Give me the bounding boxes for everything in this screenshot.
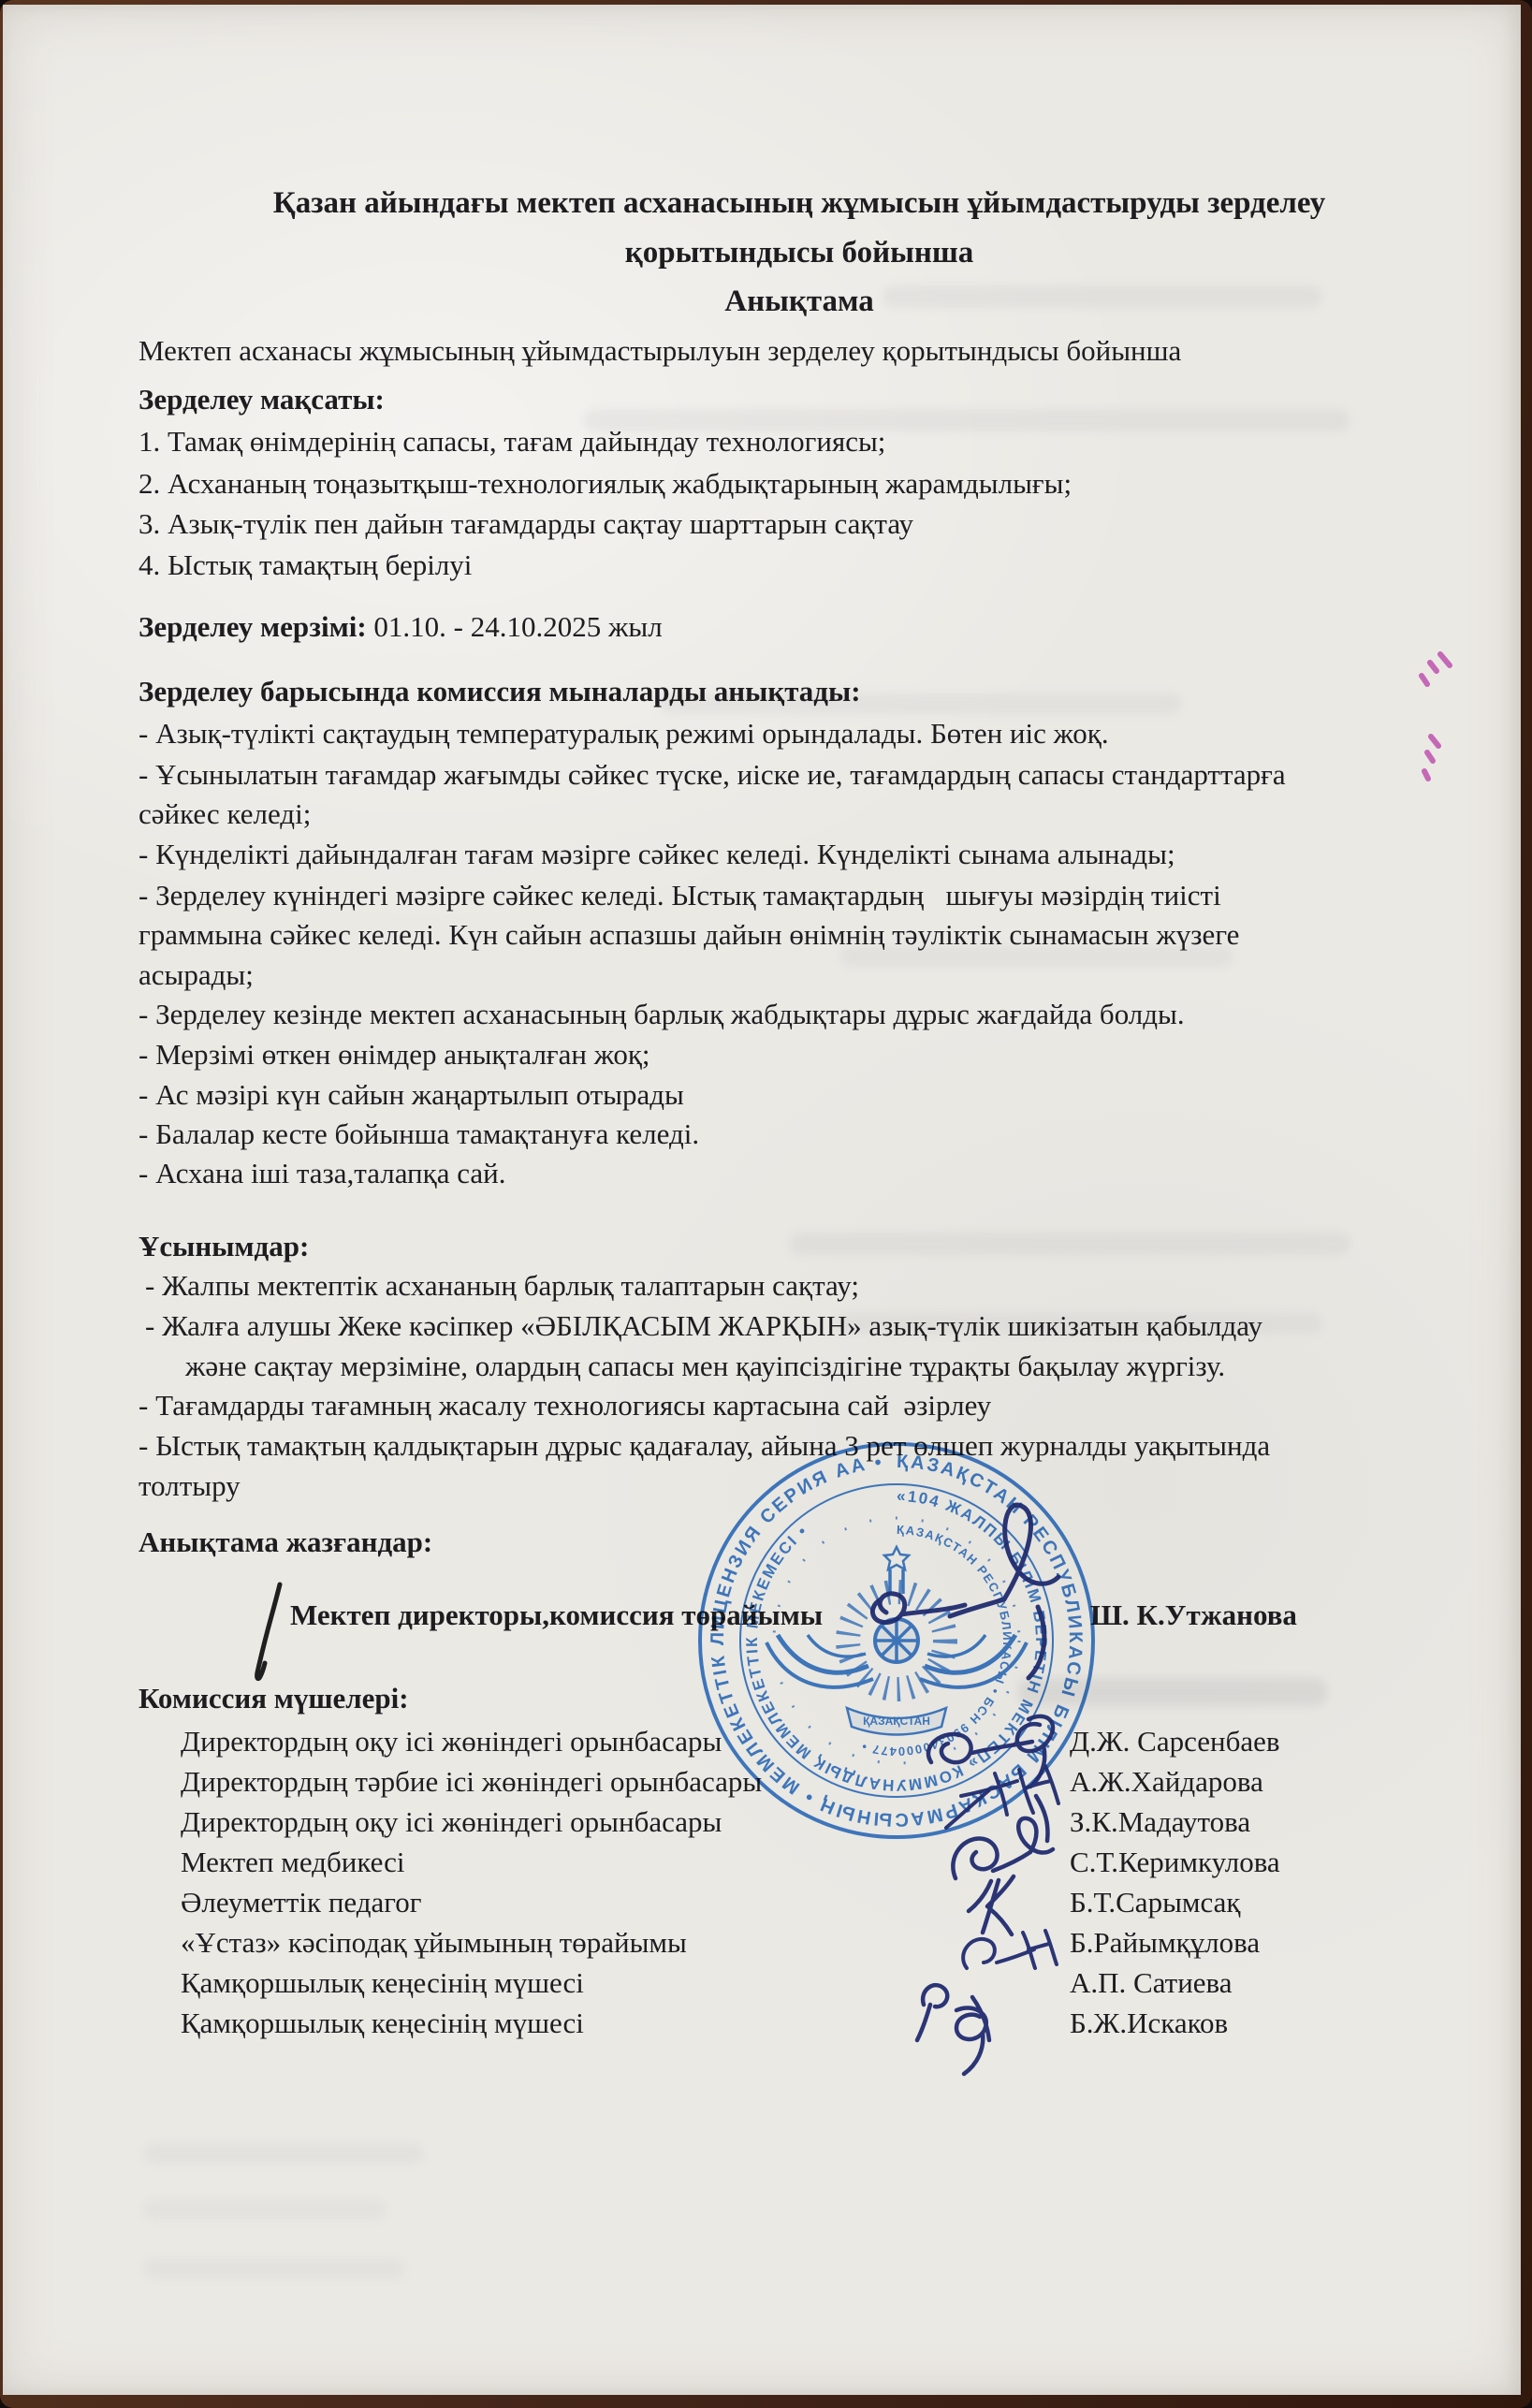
bleedthrough-smudge [143,2199,387,2220]
document-title-line: Анықтама [143,284,1455,319]
body-line: - Азық-түлікті сақтаудың температуралық … [139,716,1109,752]
director-role-label: Мектеп директоры,комиссия төрайымы [290,1598,823,1632]
member-signature-raiymkulova [917,1985,989,2074]
stamp-middle-ring-text: «104 ЖАЛПЫ БІЛІМ БЕРЕТІН МЕКТЕП» КОММУНА… [743,1487,1050,1794]
document-title-line: қорытындысы бойынша [143,235,1455,270]
body-line: сәйкес келеді; [139,796,311,832]
section-heading: Комиссия мүшелері: [139,1681,409,1716]
member-signature-kerimkulova [983,1876,1014,1934]
member-role-label: Директордың тәрбие ісі жөніндегі орынбас… [181,1765,762,1799]
body-line: - Ыстық тамақтың қалдықтарын дұрыс қадағ… [139,1428,1270,1464]
body-line: Зерделеу мерзімі: 01.10. - 24.10.2025 жы… [139,609,663,645]
body-line: толтыру [139,1468,241,1504]
body-line: асырады; [139,957,254,993]
member-signature-sarymsak [963,1931,1057,1968]
member-signature-sarsenbaev [928,1716,1053,1841]
member-name: А.П. Сатиева [1070,1966,1233,2000]
body-line: - Ұсынылатын тағамдар жағымды сәйкес түс… [139,757,1286,793]
svg-text:ҚАЗАҚСТАН РЕСПУБЛИКАСЫ • БСН 9: ҚАЗАҚСТАН РЕСПУБЛИКАСЫ • БСН 99034000047… [859,1523,1014,1759]
body-line: - Тағамдарды тағамның жасалу технологияс… [139,1388,991,1423]
director-name: Ш. К.Утжанова [1090,1598,1297,1632]
member-signature-madautova [953,1818,1053,1911]
body-line: - Күнделікті дайындалған тағам мәзірге с… [139,837,1175,872]
svg-text:«104 ЖАЛПЫ БІЛІМ БЕРЕТІН МЕКТЕ: «104 ЖАЛПЫ БІЛІМ БЕРЕТІН МЕКТЕП» КОММУНА… [743,1487,1050,1794]
body-line: - Балалар кесте бойынша тамақтануға келе… [139,1116,699,1152]
stamp-center-label: ҚАЗАҚСТАН [863,1715,930,1728]
body-line: - Асхана іші таза,талапқа сай. [139,1156,505,1191]
section-heading: Ұсынымдар: [139,1229,309,1264]
member-role-label: Директордың оқу ісі жөніндегі орынбасары [181,1805,722,1839]
document-title-line: Қазан айындағы мектеп асханасының жұмысы… [143,185,1455,221]
body-line: - Мерзімі өткен өнімдер анықталған жоқ; [139,1037,650,1073]
member-name: А.Ж.Хайдарова [1070,1765,1263,1799]
section-heading: Анықтама жазғандар: [139,1525,432,1560]
body-line: Мектеп асханасы жұмысының ұйымдастырылуы… [139,333,1181,369]
body-line: 1. Тамақ өнімдерінің сапасы, тағам дайын… [139,424,885,460]
body-line: - Жалға алушы Жеке кәсіпкер «ӘБІЛҚАСЫМ Ж… [145,1308,1262,1344]
stamp-inner-ring-text: ҚАЗАҚСТАН РЕСПУБЛИКАСЫ • БСН 99034000047… [859,1523,1014,1759]
member-role-label: «Ұстаз» кәсіподақ ұйымының төрайымы [181,1926,687,1960]
signatures [872,1505,1058,2074]
member-name: Б.Ж.Искаков [1070,2007,1228,2040]
body-line: граммына сәйкес келеді. Күн сайын аспазш… [139,917,1239,953]
bleedthrough-smudge [143,2258,405,2279]
member-role-label: Әлеуметтік педагог [181,1886,421,1919]
member-role-label: Мектеп медбикесі [181,1846,405,1879]
member-role-label: Қамқоршылық кеңесінің мүшесі [181,1966,584,2000]
ghost-name-smudge [1018,1678,1327,1706]
member-name: С.Т.Керимкулова [1070,1846,1280,1879]
director-signature [872,1505,1058,1678]
body-line: - Зерделеу күніндегі мәзірге сәйкес келе… [139,878,1221,913]
section-heading: Зерделеу мақсаты: [139,382,385,417]
member-name: З.К.Мадаутова [1070,1805,1250,1839]
member-role-label: Директордың оқу ісі жөніндегі орынбасары [181,1725,722,1759]
body-line: және сақтау мерзіміне, олардың сапасы ме… [185,1349,1225,1384]
kazakhstan-emblem [766,1547,1027,1735]
body-line: - Ас мәзірі күн сайын жаңартылып отырады [139,1077,684,1113]
photo-frame: Қазан айындағы мектеп асханасының жұмысы… [0,0,1532,2408]
document-page: Қазан айындағы мектеп асханасының жұмысы… [3,5,1521,2395]
bleedthrough-smudge [789,1233,1350,1255]
body-line: 2. Асхананың тоңазытқыш-технологиялық жа… [139,466,1072,502]
bleedthrough-smudge [143,2143,424,2164]
member-role-label: Қамқоршылық кеңесінің мүшесі [181,2007,584,2040]
member-name: Д.Ж. Сарсенбаев [1070,1725,1280,1759]
pen-slash-mark [257,1584,280,1679]
pink-ink-marks [1422,654,1450,779]
section-heading: Зерделеу барысында комиссия мыналарды ан… [139,674,861,709]
member-signature-khaidarova [946,1766,1058,1828]
body-line: - Зерделеу кезінде мектеп асханасының ба… [139,997,1185,1032]
body-line: 4. Ыстық тамақтың берілуі [139,547,472,583]
member-name: Б.Т.Сарымсақ [1070,1886,1240,1919]
body-line: - Жалпы мектептік асхананың барлық талап… [145,1268,859,1304]
member-name: Б.Райымқұлова [1070,1926,1260,1960]
body-line: 3. Азық-түлік пен дайын тағамдарды сақта… [139,506,913,542]
